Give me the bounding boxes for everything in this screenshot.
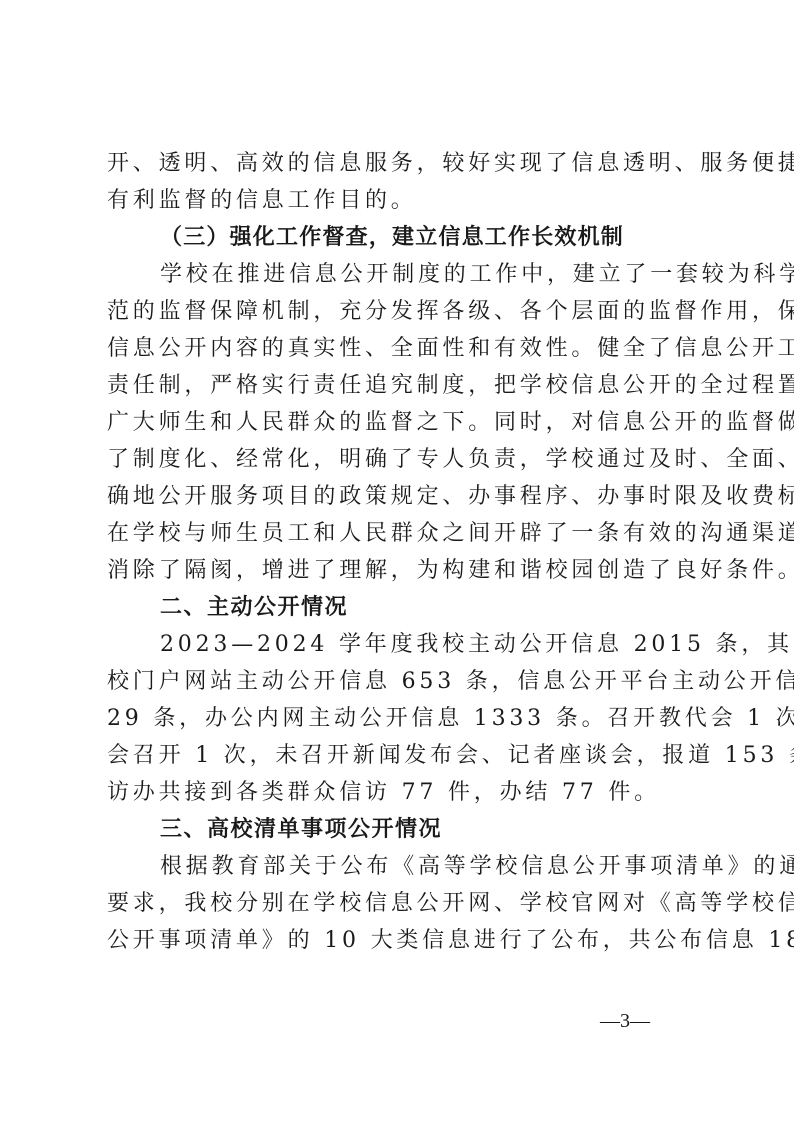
paragraph-line: 确地公开服务项目的政策规定、办事程序、办事时限及收费标准， <box>107 478 691 515</box>
paragraph-line: 了制度化、经常化，明确了专人负责，学校通过及时、全面、准 <box>107 441 691 478</box>
paragraph-line: 访办共接到各类群众信访 77 件，办结 77 件。 <box>107 774 691 811</box>
paragraph-line: 根据教育部关于公布《高等学校信息公开事项清单》的通知 <box>107 848 691 885</box>
paragraph-line: 范的监督保障机制，充分发挥各级、各个层面的监督作用，保证 <box>107 293 691 330</box>
paragraph-line: 学校在推进信息公开制度的工作中，建立了一套较为科学规 <box>107 256 691 293</box>
paragraph-line: 在学校与师生员工和人民群众之间开辟了一条有效的沟通渠道， <box>107 515 691 552</box>
paragraph-line: 29 条，办公内网主动公开信息 1333 条。召开教代会 1 次，学代 <box>107 700 691 737</box>
paragraph-line: 校门户网站主动公开信息 653 条，信息公开平台主动公开信息 <box>107 663 691 700</box>
subsection-heading: （三）强化工作督查，建立信息工作长效机制 <box>107 219 691 256</box>
paragraph-line: 要求，我校分别在学校信息公开网、学校官网对《高等学校信息 <box>107 885 691 922</box>
paragraph-line: 广大师生和人民群众的监督之下。同时，对信息公开的监督做到 <box>107 404 691 441</box>
paragraph-line: 会召开 1 次，未召开新闻发布会、记者座谈会，报道 153 条。信 <box>107 737 691 774</box>
paragraph-line: 责任制，严格实行责任追究制度，把学校信息公开的全过程置于 <box>107 367 691 404</box>
paragraph-line: 消除了隔阂，增进了理解，为构建和谐校园创造了良好条件。 <box>107 552 691 589</box>
document-page: 开、透明、高效的信息服务，较好实现了信息透明、服务便捷和 有利监督的信息工作目的… <box>107 145 691 959</box>
section-heading: 二、主动公开情况 <box>107 589 691 626</box>
paragraph-line: 信息公开内容的真实性、全面性和有效性。健全了信息公开工作 <box>107 330 691 367</box>
paragraph-line: 公开事项清单》的 10 大类信息进行了公布，共公布信息 186 条， <box>107 922 691 959</box>
section-heading: 三、高校清单事项公开情况 <box>107 811 691 848</box>
paragraph-line: 有利监督的信息工作目的。 <box>107 182 691 219</box>
paragraph-line: 2023—2024 学年度我校主动公开信息 2015 条，其中通过学 <box>107 626 691 663</box>
paragraph-line: 开、透明、高效的信息服务，较好实现了信息透明、服务便捷和 <box>107 145 691 182</box>
page-number: —3— <box>600 1010 650 1033</box>
